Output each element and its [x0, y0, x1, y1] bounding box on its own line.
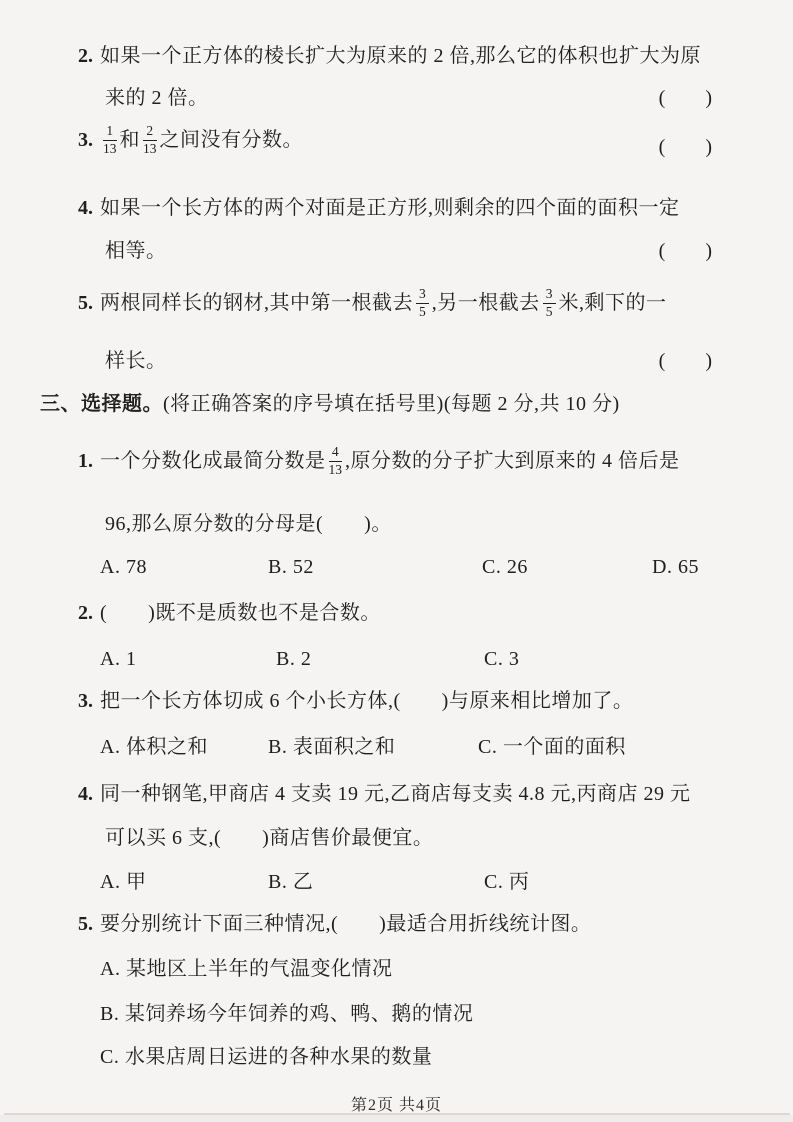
option-a: A. 甲 — [100, 871, 146, 893]
tf-question-2-line-2: 来的 2 倍。 — [105, 87, 209, 109]
mc-question-3: 3. 把一个长方体切成 6 个小长方体,( )与原来相比增加了。 — [78, 690, 633, 712]
page-footer: 第2页 共4页 — [0, 1092, 793, 1115]
mc-question-5-option-c: C. 水果店周日运进的各种水果的数量 — [100, 1046, 432, 1068]
question-number: 5. — [78, 292, 93, 314]
question-text: 可以买 6 支,( )商店售价最便宜。 — [105, 827, 433, 849]
mc-question-3-options: A. 体积之和 B. 表面积之和 C. 一个面的面积 — [0, 736, 793, 760]
mc-question-2: 2. ( )既不是质数也不是合数。 — [78, 602, 381, 624]
fraction: 213 — [143, 124, 157, 156]
question-text: 两根同样长的钢材,其中第一根截去 — [100, 292, 413, 314]
option-c: C. 一个面的面积 — [478, 736, 626, 758]
question-text: ,另一根截去 — [432, 292, 540, 314]
question-text: 相等。 — [105, 240, 167, 262]
question-number: 1. — [78, 450, 93, 472]
mc-question-2-options: A. 1 B. 2 C. 3 — [0, 648, 793, 672]
answer-bracket: ( ) — [659, 136, 712, 158]
section-header: 三、选择题。 (将正确答案的序号填在括号里)(每题 2 分,共 10 分) — [40, 393, 620, 415]
option-c: C. 26 — [482, 556, 528, 578]
test-paper-page: { "page": { "footer": "第2页 共4页", "bracke… — [0, 0, 793, 1122]
mc-question-5-option-a: A. 某地区上半年的气温变化情况 — [100, 958, 392, 980]
option-a: A. 体积之和 — [100, 736, 208, 758]
section-title: 三、选择题。 — [40, 393, 163, 415]
mc-question-4-options: A. 甲 B. 乙 C. 丙 — [0, 871, 793, 895]
mc-question-5-option-b: B. 某饲养场今年饲养的鸡、鸭、鹅的情况 — [100, 1003, 473, 1025]
question-number: 3. — [78, 129, 93, 151]
fraction-denominator: 13 — [143, 141, 157, 157]
question-text: ,原分数的分子扩大到原来的 4 倍后是 — [345, 450, 680, 472]
question-text: 如果一个正方体的棱长扩大为原来的 2 倍,那么它的体积也扩大为原 — [100, 45, 701, 67]
tf-question-2-line-1: 2. 如果一个正方体的棱长扩大为原来的 2 倍,那么它的体积也扩大为原 — [78, 45, 701, 67]
fraction: 35 — [543, 287, 556, 319]
fraction: 113 — [103, 124, 117, 156]
tf-question-4-line-2: 相等。 — [105, 240, 167, 262]
question-number: 4. — [78, 197, 93, 219]
question-text: 米,剩下的一 — [559, 292, 667, 314]
question-text: 如果一个长方体的两个对面是正方形,则剩余的四个面的面积一定 — [100, 197, 680, 219]
tf-question-5-line-1: 5. 两根同样长的钢材,其中第一根截去 35 ,另一根截去 35 米,剩下的一 — [78, 287, 667, 319]
fraction-numerator: 1 — [103, 124, 117, 141]
question-number: 4. — [78, 783, 93, 805]
mc-question-4-line-2: 可以买 6 支,( )商店售价最便宜。 — [105, 827, 433, 849]
mc-question-1-options: A. 78 B. 52 C. 26 D. 65 — [0, 556, 793, 580]
mc-question-5: 5. 要分别统计下面三种情况,( )最适合用折线统计图。 — [78, 913, 591, 935]
question-text: ( )既不是质数也不是合数。 — [100, 602, 381, 624]
tf-question-5-line-2: 样长。 — [105, 350, 167, 372]
option-a: A. 1 — [100, 648, 136, 670]
option-d: D. 65 — [652, 556, 699, 578]
question-number: 5. — [78, 913, 93, 935]
question-text: 一个分数化成最简分数是 — [100, 450, 326, 472]
option-b: B. 某饲养场今年饲养的鸡、鸭、鹅的情况 — [100, 1003, 473, 1025]
answer-bracket: ( ) — [659, 350, 712, 372]
mc-question-4-line-1: 4. 同一种钢笔,甲商店 4 支卖 19 元,乙商店每支卖 4.8 元,丙商店 … — [78, 783, 691, 805]
question-number: 2. — [78, 45, 93, 67]
page-bottom-edge — [0, 1115, 793, 1122]
question-text: 样长。 — [105, 350, 167, 372]
question-text: 之间没有分数。 — [160, 129, 304, 151]
option-c: C. 水果店周日运进的各种水果的数量 — [100, 1046, 432, 1068]
question-text: 和 — [120, 129, 141, 151]
answer-bracket: ( ) — [659, 240, 712, 262]
tf-question-3-line-1: 3. 113 和 213 之间没有分数。 — [78, 124, 303, 156]
fraction-numerator: 2 — [143, 124, 157, 141]
option-c: C. 3 — [484, 648, 519, 670]
option-b: B. 52 — [268, 556, 314, 578]
question-text: 把一个长方体切成 6 个小长方体,( )与原来相比增加了。 — [100, 690, 633, 712]
tf-question-4-line-1: 4. 如果一个长方体的两个对面是正方形,则剩余的四个面的面积一定 — [78, 197, 680, 219]
question-text: 要分别统计下面三种情况,( )最适合用折线统计图。 — [100, 913, 591, 935]
fraction: 35 — [416, 287, 429, 319]
page-edge-line — [4, 1113, 790, 1115]
option-a: A. 78 — [100, 556, 147, 578]
option-b: B. 2 — [276, 648, 311, 670]
fraction-numerator: 3 — [416, 287, 429, 304]
fraction: 413 — [329, 445, 343, 477]
question-number: 3. — [78, 690, 93, 712]
fraction-numerator: 4 — [329, 445, 343, 462]
option-b: B. 表面积之和 — [268, 736, 395, 758]
fraction-denominator: 13 — [103, 141, 117, 157]
fraction-denominator: 13 — [329, 462, 343, 478]
fraction-numerator: 3 — [543, 287, 556, 304]
mc-question-1-line-2: 96,那么原分数的分母是( )。 — [105, 513, 392, 535]
question-number: 2. — [78, 602, 93, 624]
section-subtitle: (将正确答案的序号填在括号里)(每题 2 分,共 10 分) — [163, 393, 620, 415]
option-c: C. 丙 — [484, 871, 529, 893]
fraction-denominator: 5 — [543, 304, 556, 320]
question-text: 96,那么原分数的分母是( )。 — [105, 513, 392, 535]
fraction-denominator: 5 — [416, 304, 429, 320]
question-text: 来的 2 倍。 — [105, 87, 209, 109]
mc-question-1-line-1: 1. 一个分数化成最简分数是 413 ,原分数的分子扩大到原来的 4 倍后是 — [78, 445, 680, 477]
option-a: A. 某地区上半年的气温变化情况 — [100, 958, 392, 980]
question-text: 同一种钢笔,甲商店 4 支卖 19 元,乙商店每支卖 4.8 元,丙商店 29 … — [100, 783, 691, 805]
option-b: B. 乙 — [268, 871, 313, 893]
answer-bracket: ( ) — [659, 87, 712, 109]
